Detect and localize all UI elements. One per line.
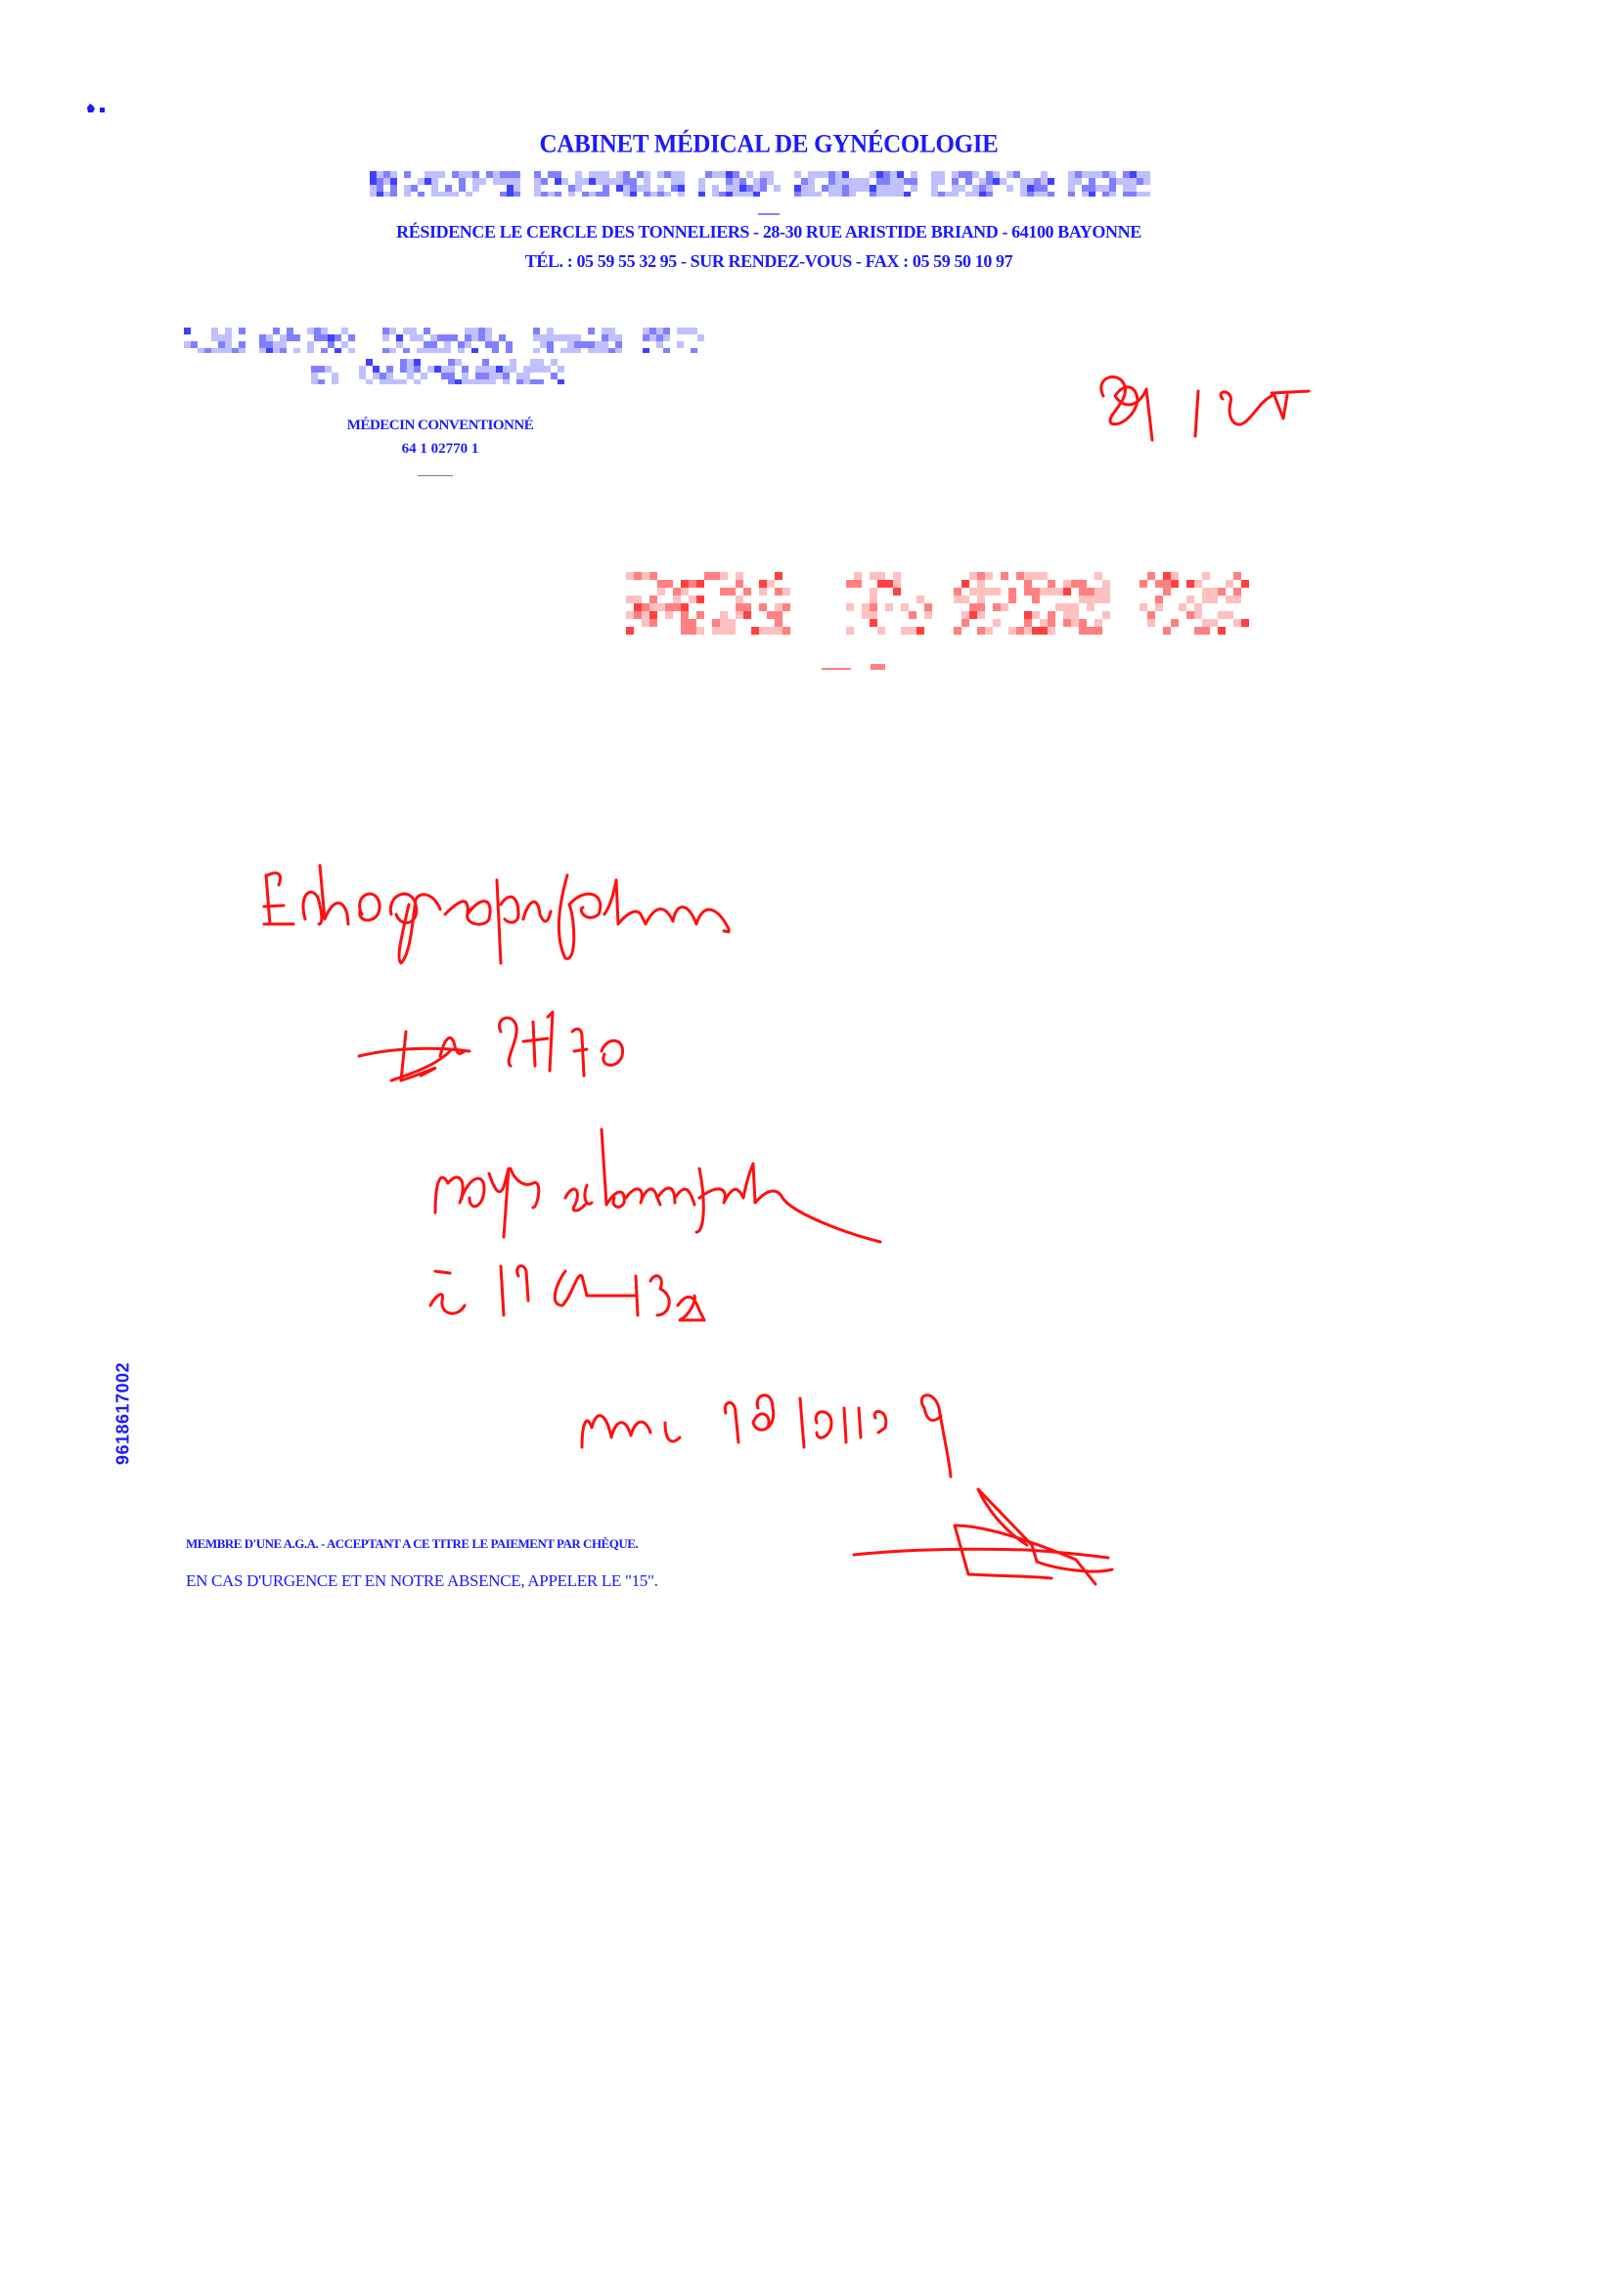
doctor-status: MÉDECIN CONVENTIONNÉ [328, 418, 553, 434]
handwritten-line-1-text: Echographie pelvienne [0, 0, 1, 1]
handwritten-line-4 [430, 1266, 704, 1320]
footer-emergency-notice: EN CAS D'URGENCE ET EN NOTRE ABSENCE, AP… [186, 1571, 658, 1591]
vertical-document-id-text: 9618617002 [113, 1354, 134, 1474]
handwritten-line-4-text: à 19 SA - 13 SA [0, 0, 1, 1]
divider [418, 475, 453, 476]
handwritten-line-3 [435, 1129, 880, 1242]
clinic-phone-fax: TÉL. : 05 59 55 32 95 - SUR RENDEZ-VOUS … [0, 251, 1538, 272]
redacted-patient-name [606, 562, 1301, 670]
handwritten-line-5 [582, 1395, 951, 1477]
handwritten-date-text: 29/08 [0, 0, 1, 1]
redacted-doctor-identity-line-1 [184, 328, 704, 353]
handwritten-line-3-text: morpho et biométrie foetale [0, 0, 1, 1]
handwritten-line-2 [359, 1012, 623, 1081]
divider [758, 213, 780, 215]
doctor-number: 64 1 02770 1 [328, 441, 553, 458]
redacted-doctor-names [370, 171, 1152, 197]
handwritten-date [1101, 376, 1309, 440]
vertical-document-id: 9618617002 [111, 1354, 136, 1474]
redacted-doctor-identity-line-2 [311, 359, 567, 384]
handwritten-line-2-text: DR 27/10 [0, 0, 1, 1]
signature [854, 1489, 1112, 1584]
clinic-address: RÉSIDENCE LE CERCLE DES TONNELIERS - 28-… [0, 222, 1538, 243]
clinic-title: CABINET MÉDICAL DE GYNÉCOLOGIE [0, 130, 1538, 158]
handwritten-line-5-text: rdv le 18/01/09 [0, 0, 1, 1]
handwritten-line-1 [264, 865, 729, 963]
footer-aga-notice: MEMBRE D'UNE A.G.A. - ACCEPTANT A CE TIT… [186, 1536, 638, 1552]
small-ornament-icon [84, 102, 110, 115]
